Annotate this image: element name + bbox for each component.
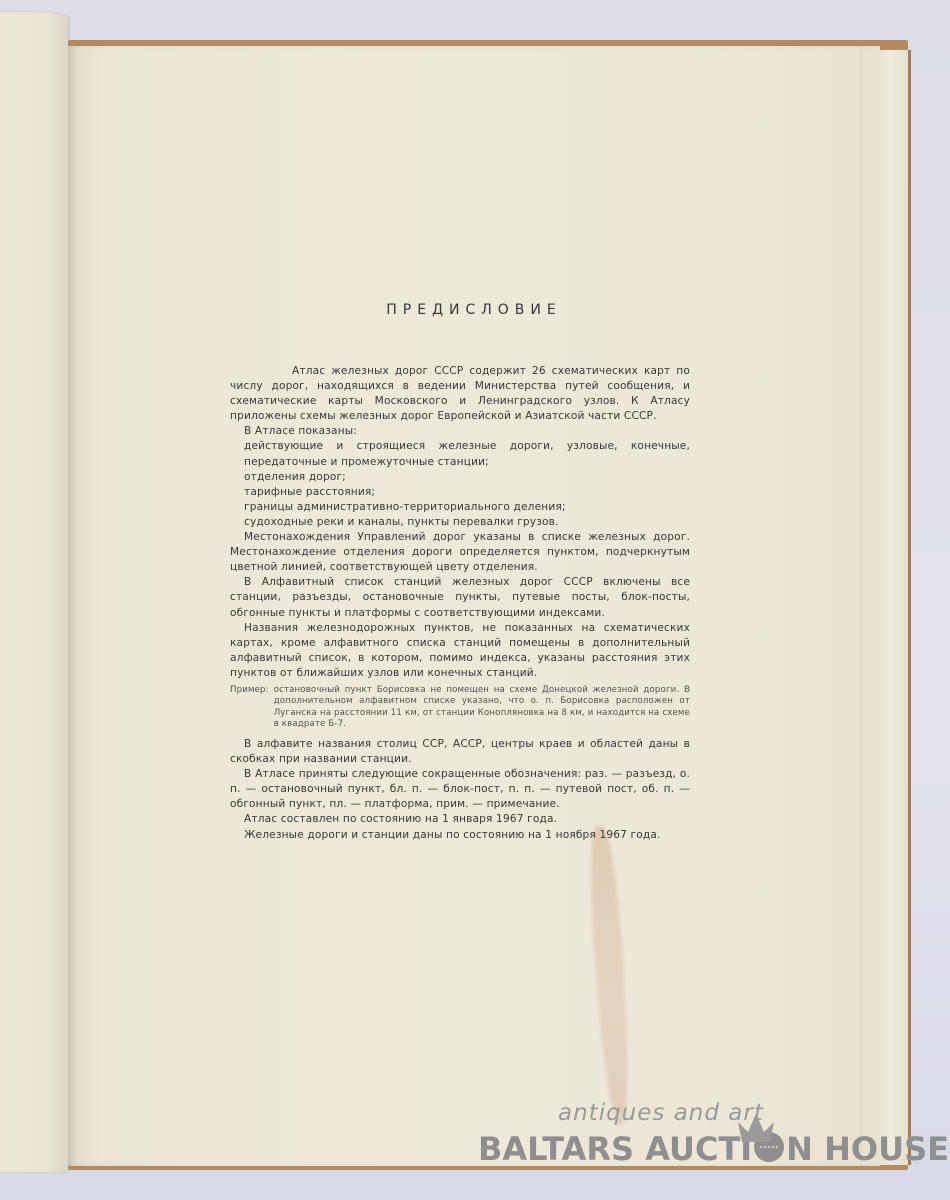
paragraph: судоходные реки и каналы, пункты перевал… — [230, 515, 690, 530]
paragraph: В Атласе приняты следующие сокращенные о… — [230, 767, 690, 812]
crown-icon — [736, 1112, 776, 1172]
watermark-brand: BALTARS AUCTIN HOUSE — [478, 1130, 949, 1168]
paragraph: границы административно-территориального… — [230, 500, 690, 515]
book-fore-edge — [880, 50, 911, 1165]
example-text: остановочный пункт Борисовка не помещен … — [274, 685, 690, 731]
paragraph: В Атласе показаны: — [230, 424, 690, 439]
preface-body: Атлас железных дорог СССР содержит 26 сх… — [230, 364, 690, 843]
watermark-brand-part2: N HOUSE — [786, 1130, 949, 1168]
paragraph: Названия железнодорожных пунктов, не пок… — [230, 621, 690, 681]
example-note: Пример: остановочный пункт Борисовка не … — [230, 685, 690, 731]
paragraph: В алфавите названия столиц ССР, АССР, це… — [230, 737, 690, 767]
example-label: Пример: — [230, 685, 269, 731]
paragraph: Атлас железных дорог СССР содержит 26 сх… — [230, 364, 690, 424]
watermark-brand-part1: BALTARS AUCTI — [478, 1130, 752, 1168]
water-stain — [586, 826, 635, 1126]
paragraph: В Алфавитный список станций железных дор… — [230, 575, 690, 620]
document-page: ПРЕДИСЛОВИЕ Атлас железных дорог СССР со… — [68, 46, 880, 1166]
page-fold — [860, 46, 862, 1166]
paragraph: действующие и строящиеся железные дороги… — [230, 439, 690, 469]
paragraph: Атлас составлен по состоянию на 1 января… — [230, 812, 690, 827]
paragraph: Железные дороги и станции даны по состоя… — [230, 828, 690, 843]
paragraphs-after-example: В алфавите названия столиц ССР, АССР, це… — [230, 737, 690, 843]
paragraph: тарифные расстояния; — [230, 485, 690, 500]
left-page — [0, 12, 68, 1172]
paragraph: Местонахождения Управлений дорог указаны… — [230, 530, 690, 575]
paragraphs-before-example: Атлас железных дорог СССР содержит 26 сх… — [230, 364, 690, 681]
watermark-tagline: antiques and art — [558, 1100, 764, 1126]
auction-watermark: antiques and art BALTARS AUCTIN HOUSE — [478, 1100, 898, 1200]
paragraph: отделения дорог; — [230, 470, 690, 485]
page-title: ПРЕДИСЛОВИЕ — [68, 302, 880, 318]
